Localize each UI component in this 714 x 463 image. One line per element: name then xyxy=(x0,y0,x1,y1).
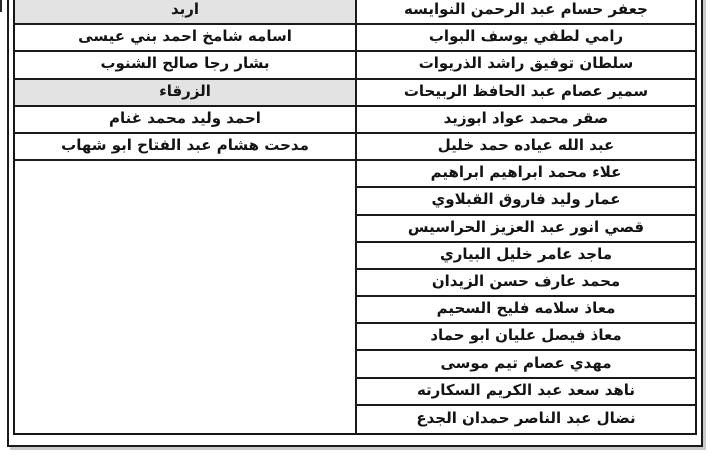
name-row: سلطان توفيق راشد الذريوات xyxy=(357,52,695,79)
scan-edge-artifact xyxy=(0,0,2,12)
name-row: ناهد سعد عبد الكريم السكارته xyxy=(357,379,695,406)
name-row: نضال عبد الناصر حمدان الجدع xyxy=(357,406,695,433)
name-row: جعفر حسام عبد الرحمن النوايسه xyxy=(357,0,695,25)
name-row: ماجد عامر خليل البياري xyxy=(357,243,695,270)
column-divider xyxy=(355,0,357,433)
name-row: عبد الله عياده حمد خليل xyxy=(357,134,695,161)
name-row: صقر محمد عواد ابوزيد xyxy=(357,107,695,134)
city-header-row: الزرقاء xyxy=(15,80,355,107)
city-header-row: اربد xyxy=(15,0,355,25)
scanned-document-page: جعفر حسام عبد الرحمن النوايسه رامي لطفي … xyxy=(0,0,714,463)
name-row: عمار وليد فاروق القبلاوي xyxy=(357,188,695,215)
name-row: رامي لطفي يوسف البواب xyxy=(357,25,695,52)
name-row: قصي انور عبد العزيز الحراسيس xyxy=(357,216,695,243)
names-table: جعفر حسام عبد الرحمن النوايسه رامي لطفي … xyxy=(13,0,697,435)
name-row: مهدي عصام تيم موسى xyxy=(357,351,695,378)
name-row: احمد وليد محمد غنام xyxy=(15,107,355,134)
name-row: علاء محمد ابراهيم ابراهيم xyxy=(357,161,695,188)
names-column-right: جعفر حسام عبد الرحمن النوايسه رامي لطفي … xyxy=(357,0,695,433)
name-row: بشار رجا صالح الشنوب xyxy=(15,52,355,79)
name-row: معاذ سلامه فليح السحيم xyxy=(357,297,695,324)
name-row: اسامه شامخ احمد بني عيسى xyxy=(15,25,355,52)
name-row: مدحت هشام عبد الفتاح ابو شهاب xyxy=(15,134,355,161)
names-table-body: جعفر حسام عبد الرحمن النوايسه رامي لطفي … xyxy=(15,0,695,433)
name-row: سمير عصام عبد الحافظ الربيحات xyxy=(357,80,695,107)
name-row: معاذ فيصل عليان ابو حماد xyxy=(357,324,695,351)
names-column-left: اربد اسامه شامخ احمد بني عيسى بشار رجا ص… xyxy=(15,0,355,433)
empty-cell xyxy=(15,161,355,433)
name-row: محمد عارف حسن الزيدان xyxy=(357,270,695,297)
